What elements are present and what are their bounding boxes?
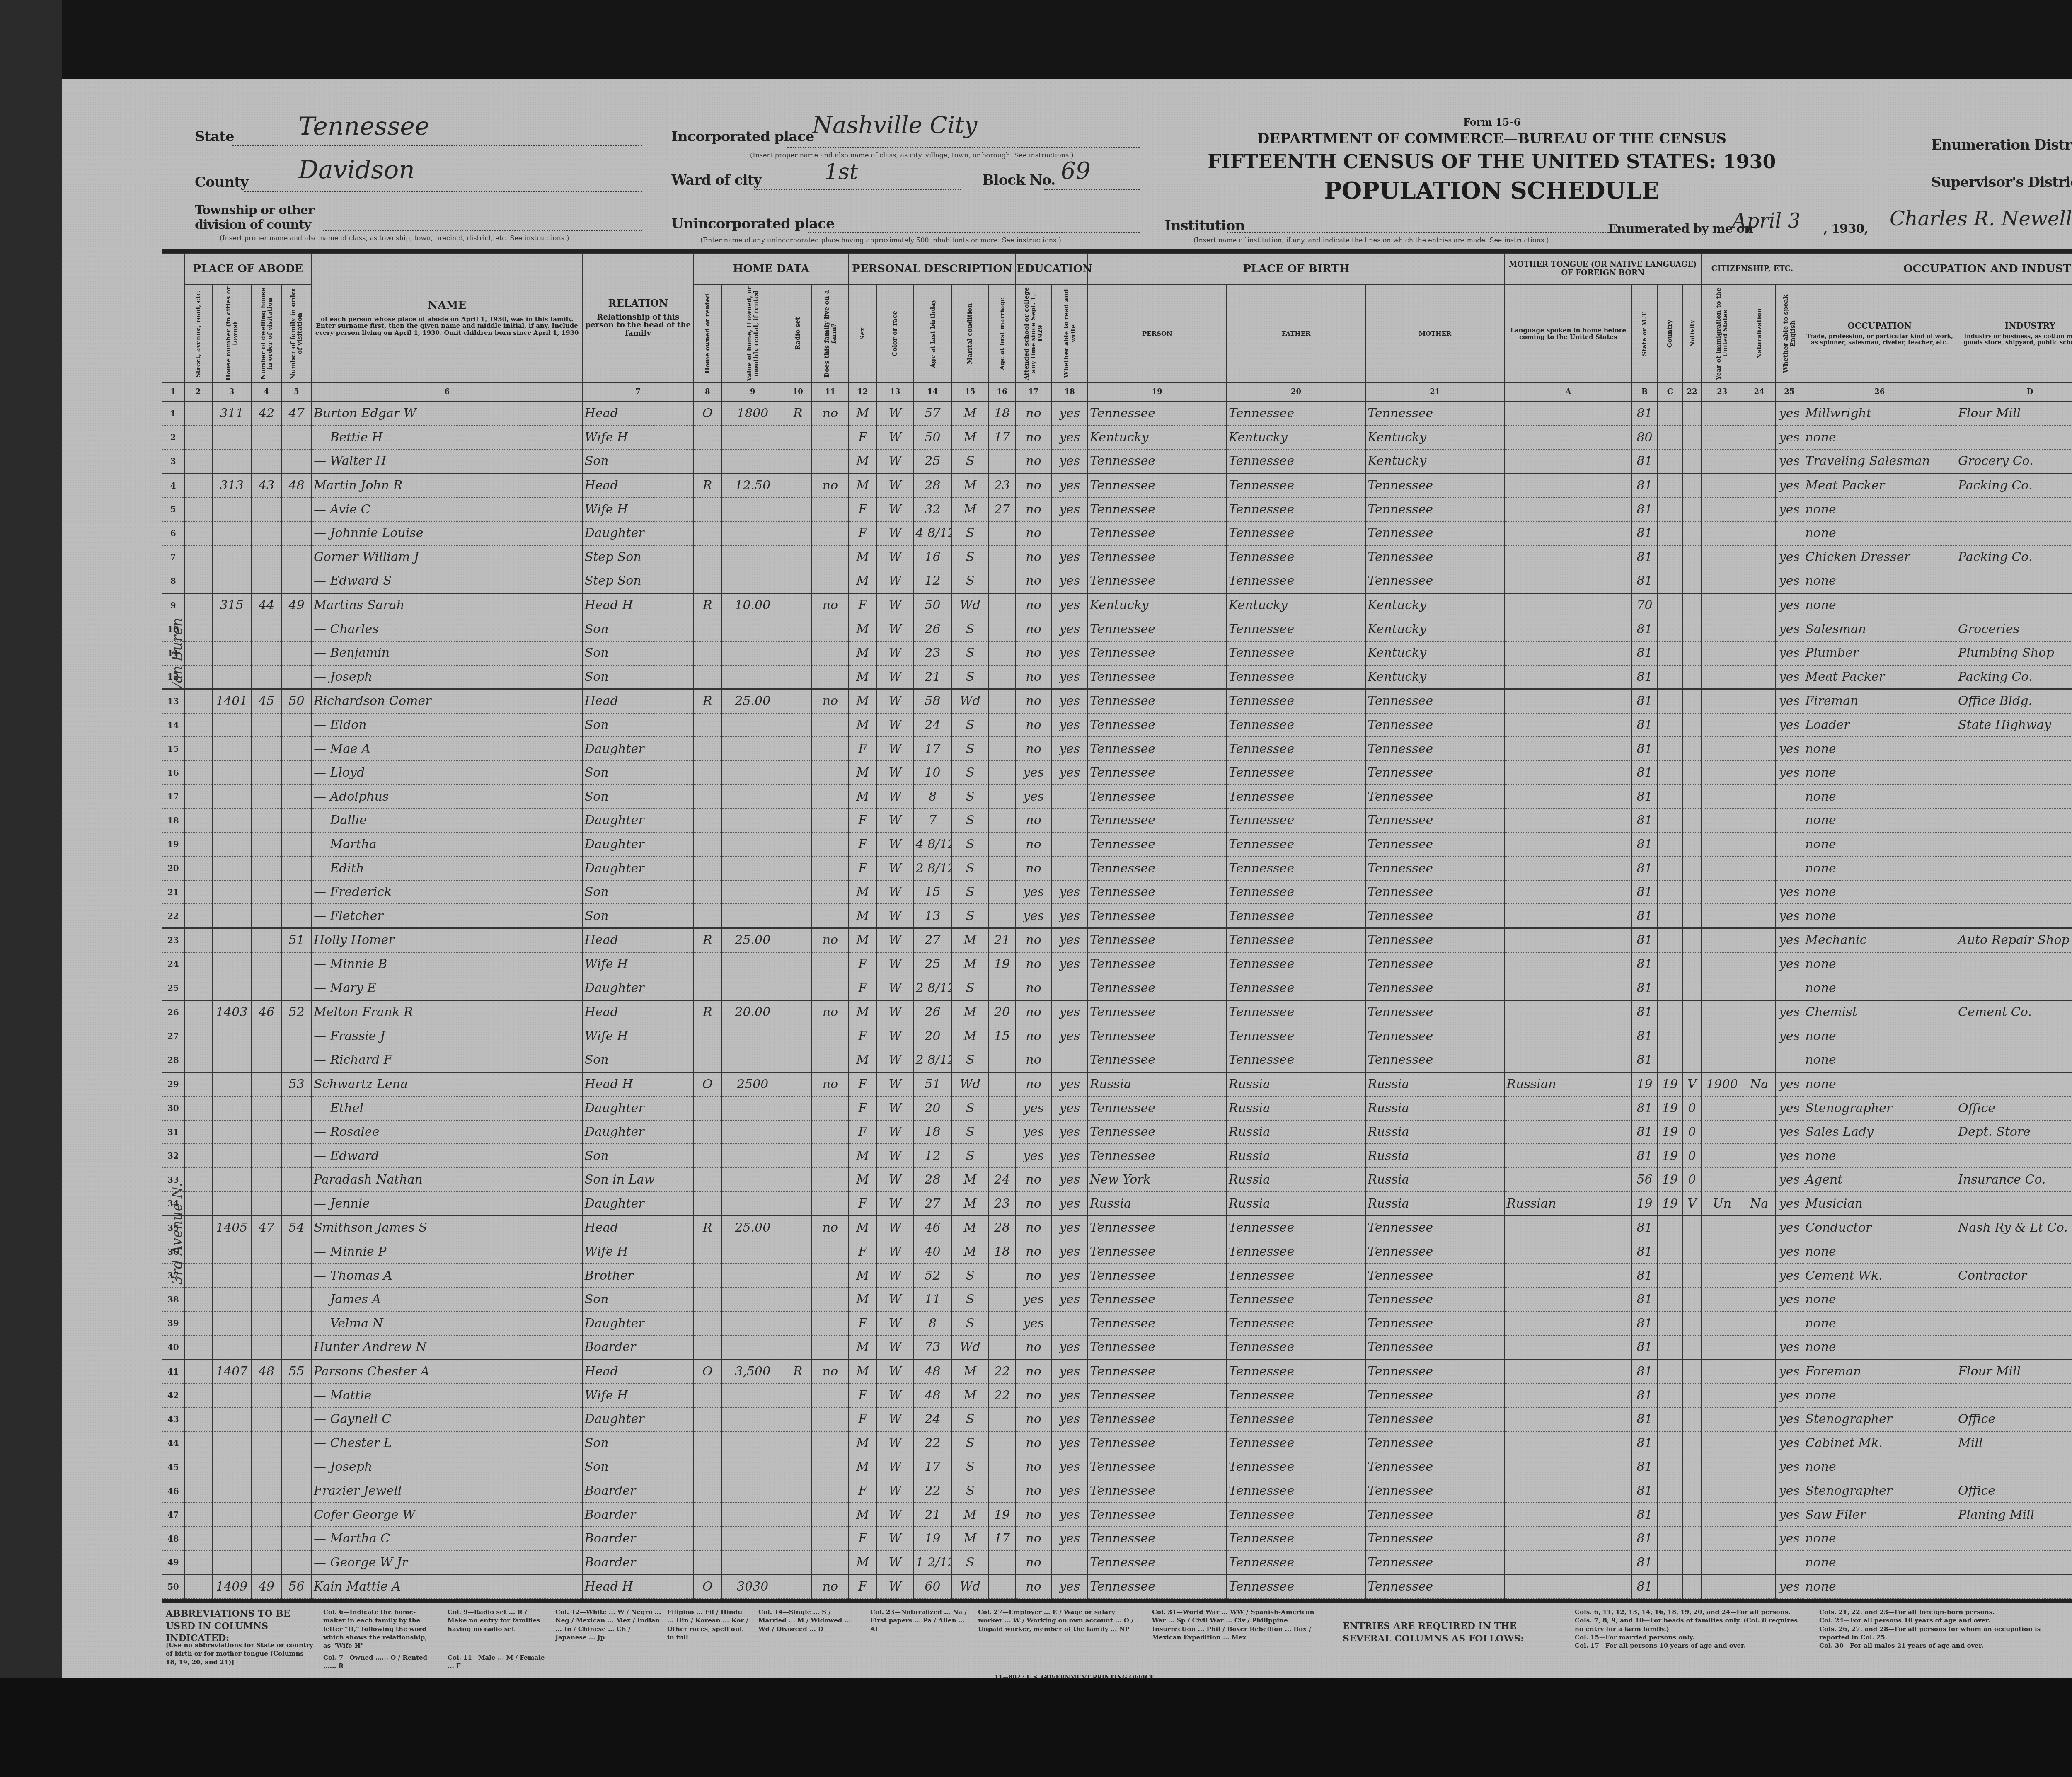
cell-sex: M [849,761,876,785]
cell-street [184,833,212,857]
cell-birth-father: Tennessee [1227,1000,1365,1024]
table-row: 14— EldonSonMW24SnoyesTennesseeTennessee… [162,713,2072,737]
cell-code-b [1657,1455,1682,1479]
cell-value [721,1096,784,1120]
cell-owned [694,1455,721,1479]
cell-code-a: 81 [1632,904,1657,928]
cell-code-a: 80 [1632,426,1657,450]
population-table: PLACE OF ABODE NAMEof each person whose … [162,249,2072,1603]
cell-industry: Planing Mill [1956,1503,2072,1527]
cell-street [184,402,212,426]
table-row: 93154449Martins SarahHead HR10.00noFW50W… [162,593,2072,617]
cell-naturalization [1743,1407,1775,1431]
cell-code-a: 81 [1632,713,1657,737]
cell-age: 20 [914,1024,952,1048]
cell-immigration [1701,689,1743,713]
cell-immigration [1701,402,1743,426]
cell-read: yes [1052,928,1088,952]
cell-industry: Groceries [1956,617,2072,641]
cell-english: yes [1775,665,1803,689]
cell-code-a: 81 [1632,928,1657,952]
cell-naturalization [1743,1048,1775,1072]
cell-birth-mother: Tennessee [1365,904,1504,928]
cell-value [721,809,784,833]
cell-code-c [1683,1455,1702,1479]
cell-occupation: Fireman [1803,689,1956,713]
cell-owned [694,1168,721,1192]
county-value: Davidson [298,155,415,184]
cell-age-marriage [989,521,1016,545]
cell-naturalization [1743,593,1775,617]
cell-age: 50 [914,426,952,450]
cell-sex: F [849,1527,876,1551]
block-value: 69 [1061,157,1090,184]
cell-birth-person: Tennessee [1088,1096,1227,1120]
cell-language [1504,856,1631,880]
cell-read: yes [1052,1288,1088,1312]
cell-owned [694,785,721,809]
cell-code-a: 81 [1632,880,1657,904]
cell-birth-person: Tennessee [1088,569,1227,593]
cell-read: yes [1052,1024,1088,1048]
film-border-bottom [0,1678,2072,1777]
cell-race: W [876,952,913,976]
cell-language [1504,402,1631,426]
cell-radio [784,952,812,976]
cell-code-a: 81 [1632,1431,1657,1455]
cell-race: W [876,880,913,904]
cell-code-b: 19 [1657,1192,1682,1216]
cell-age: 26 [914,617,952,641]
cell-owned [694,1192,721,1216]
cell-code-b [1657,1216,1682,1240]
cell-birth-mother: Tennessee [1365,1527,1504,1551]
cell-birth-father: Tennessee [1227,1264,1365,1288]
cell-read: yes [1052,1240,1088,1264]
cell-english: yes [1775,952,1803,976]
cell-school: no [1015,521,1051,545]
cell-radio [784,904,812,928]
cell-family [281,1527,312,1551]
cell-sex: M [849,1455,876,1479]
cell-birth-father: Tennessee [1227,569,1365,593]
ward-value: 1st [825,160,858,184]
cell-age-marriage [989,1120,1016,1144]
cell-birth-person: Tennessee [1088,809,1227,833]
cell-farm [812,1144,849,1168]
cell-read: yes [1052,1455,1088,1479]
cell-value [721,617,784,641]
cell-owned [694,856,721,880]
cell-language [1504,976,1631,1000]
cell-radio [784,1407,812,1431]
cell-code-c [1683,1359,1702,1383]
cell-dwelling [252,426,282,450]
cell-industry [1956,1144,2072,1168]
cell-street [184,1575,212,1599]
cell-sex: M [849,402,876,426]
sex-col-header: Sex [849,285,876,383]
cell-immigration [1701,521,1743,545]
cell-language [1504,1431,1631,1455]
cell-family [281,1288,312,1312]
cell-school: no [1015,1479,1051,1503]
name-header: NAMEof each person whose place of abode … [312,253,583,383]
abbrev-col6: Col. 6—Indicate the home-maker in each f… [323,1608,435,1650]
cell-line: 22 [162,904,184,928]
cell-age: 21 [914,1503,952,1527]
cell-radio [784,1335,812,1359]
cell-dwelling [252,1527,282,1551]
cell-immigration [1701,665,1743,689]
cell-birth-mother: Kentucky [1365,593,1504,617]
cell-name: — Walter H [312,449,583,473]
cell-code-a: 81 [1632,737,1657,761]
cell-naturalization [1743,904,1775,928]
cell-farm [812,449,849,473]
cell-farm [812,785,849,809]
cell-relation: Head [583,928,694,952]
cell-birth-mother: Tennessee [1365,1575,1504,1599]
cell-code-c: 0 [1683,1120,1702,1144]
cell-age-marriage [989,785,1016,809]
cell-sex: F [849,856,876,880]
cell-name: — Mary E [312,976,583,1000]
cell-industry [1956,833,2072,857]
cell-sex: F [849,593,876,617]
cell-birth-father: Tennessee [1227,1216,1365,1240]
cell-relation: Wife H [583,1240,694,1264]
cell-english: yes [1775,545,1803,569]
cell-age: 28 [914,1168,952,1192]
cell-code-a: 81 [1632,856,1657,880]
cell-relation: Boarder [583,1335,694,1359]
cell-age: 48 [914,1383,952,1407]
cell-farm [812,545,849,569]
cell-race: W [876,473,913,497]
cell-age-marriage: 22 [989,1359,1016,1383]
cell-value: 25.00 [721,928,784,952]
cell-read [1052,856,1088,880]
cell-marital: M [951,1192,988,1216]
cell-school: yes [1015,1120,1051,1144]
cell-farm [812,1383,849,1407]
cell-family [281,617,312,641]
cell-family [281,1455,312,1479]
cell-code-a: 81 [1632,785,1657,809]
cell-relation: Son [583,904,694,928]
cell-house [212,497,252,521]
cell-english: yes [1775,1096,1803,1120]
cell-code-b [1657,1503,1682,1527]
cell-english [1775,1312,1803,1336]
cell-industry [1956,1335,2072,1359]
cell-relation: Boarder [583,1527,694,1551]
cell-owned [694,617,721,641]
cell-name: Gorner William J [312,545,583,569]
cell-owned [694,1096,721,1120]
cell-name: Richardson Comer [312,689,583,713]
cell-street [184,1527,212,1551]
cell-family: 56 [281,1575,312,1599]
cell-immigration [1701,1407,1743,1431]
cell-birth-mother: Tennessee [1365,1312,1504,1336]
cell-dwelling [252,665,282,689]
cell-line: 36 [162,1240,184,1264]
cell-code-a: 81 [1632,1575,1657,1599]
cell-code-b [1657,426,1682,450]
cell-house [212,1240,252,1264]
cell-age-marriage [989,569,1016,593]
cell-naturalization [1743,665,1775,689]
cell-race: W [876,833,913,857]
cell-dwelling [252,521,282,545]
cell-english: yes [1775,1072,1803,1096]
cell-birth-mother: Tennessee [1365,1048,1504,1072]
cell-radio [784,1264,812,1288]
cell-industry [1956,1048,2072,1072]
cell-value [721,1335,784,1359]
cell-naturalization [1743,809,1775,833]
cell-marital: S [951,976,988,1000]
entries-6: Col. 24—For all persons 10 years of age … [1819,1616,2051,1624]
cell-street [184,521,212,545]
cell-read: yes [1052,473,1088,497]
cell-birth-mother: Tennessee [1365,785,1504,809]
cell-sex: M [849,1431,876,1455]
cell-language [1504,713,1631,737]
cell-race: W [876,1024,913,1048]
cell-naturalization [1743,1312,1775,1336]
cell-street [184,426,212,450]
abbrev-col23: Col. 23—Naturalized ... Na / First paper… [870,1608,970,1633]
cell-age: 46 [914,1216,952,1240]
cell-school: no [1015,689,1051,713]
cell-english: yes [1775,713,1803,737]
cell-age: 7 [914,809,952,833]
abbrev-col14: Col. 14—Single ... S / Married ... M / W… [758,1608,858,1633]
cell-age: 15 [914,880,952,904]
state-line [232,145,642,146]
cell-house: 1401 [212,689,252,713]
cell-code-c [1683,617,1702,641]
cell-owned: R [694,1000,721,1024]
cell-naturalization [1743,1575,1775,1599]
cell-relation: Daughter [583,833,694,857]
cell-read: yes [1052,1383,1088,1407]
cell-birth-person: Tennessee [1088,1024,1227,1048]
cell-english: yes [1775,1503,1803,1527]
column-number: 8 [694,383,721,402]
cell-radio [784,1551,812,1575]
cell-age: 21 [914,665,952,689]
cell-house: 311 [212,402,252,426]
cell-code-c [1683,713,1702,737]
cell-read: yes [1052,1216,1088,1240]
enumerated-date: April 3 [1732,209,1801,232]
cell-house: 1405 [212,1216,252,1240]
cell-immigration [1701,449,1743,473]
cell-house: 1403 [212,1000,252,1024]
table-row: 18— DallieDaughterFW7SnoTennesseeTenness… [162,809,2072,833]
cell-owned [694,1431,721,1455]
cell-dwelling: 43 [252,473,282,497]
cell-birth-person: Tennessee [1088,1144,1227,1168]
cell-birth-mother: Tennessee [1365,1359,1504,1383]
cell-street [184,617,212,641]
cell-age-marriage [989,904,1016,928]
cell-family [281,737,312,761]
cell-read: yes [1052,617,1088,641]
cell-value [721,1120,784,1144]
relation-header-note: Relationship of this person to the head … [584,313,692,338]
cell-relation: Son [583,880,694,904]
cell-language [1504,952,1631,976]
cell-read: yes [1052,952,1088,976]
cell-marital: M [951,1240,988,1264]
cell-occupation: Stenographer [1803,1407,1956,1431]
cell-age-marriage: 18 [989,402,1016,426]
cell-code-b [1657,952,1682,976]
cell-name: Martins Sarah [312,593,583,617]
cell-naturalization [1743,1479,1775,1503]
cell-code-c [1683,952,1702,976]
cell-age: 25 [914,952,952,976]
cell-family [281,1407,312,1431]
cell-house: 1409 [212,1575,252,1599]
cell-school: no [1015,1048,1051,1072]
cell-school: yes [1015,1096,1051,1120]
cell-english: yes [1775,1335,1803,1359]
cell-sex: F [849,1192,876,1216]
cell-race: W [876,1048,913,1072]
cell-school: no [1015,976,1051,1000]
cell-owned [694,809,721,833]
cell-name: — Jennie [312,1192,583,1216]
cell-radio [784,928,812,952]
cell-sex: M [849,1216,876,1240]
cell-code-c [1683,1240,1702,1264]
cell-english [1775,521,1803,545]
cell-code-b [1657,1000,1682,1024]
cell-code-b [1657,737,1682,761]
cell-language [1504,497,1631,521]
cell-read: yes [1052,593,1088,617]
cell-code-a: 81 [1632,1312,1657,1336]
cell-marital: S [951,1048,988,1072]
cell-line: 46 [162,1479,184,1503]
cell-code-c [1683,497,1702,521]
cell-age: 48 [914,1359,952,1383]
cell-birth-person: Tennessee [1088,880,1227,904]
table-row: 15— Mae ADaughterFW17SnoyesTennesseeTenn… [162,737,2072,761]
cell-value: 1800 [721,402,784,426]
cell-birth-mother: Tennessee [1365,976,1504,1000]
cell-house [212,1527,252,1551]
cell-read: yes [1052,713,1088,737]
house-col-header: House number (in cities or towns) [212,285,252,383]
cell-language [1504,1264,1631,1288]
cell-farm [812,617,849,641]
cell-industry: Flour Mill [1956,402,2072,426]
cell-language [1504,426,1631,450]
column-number: 22 [1683,383,1702,402]
cell-street [184,689,212,713]
cell-dwelling: 48 [252,1359,282,1383]
cell-code-a: 81 [1632,521,1657,545]
table-row: 30— EthelDaughterFW20SyesyesTennesseeRus… [162,1096,2072,1120]
cell-school: no [1015,1527,1051,1551]
cell-industry [1956,1288,2072,1312]
cell-name: — Velma N [312,1312,583,1336]
cell-street [184,1335,212,1359]
cell-school: no [1015,1503,1051,1527]
cell-birth-person: Tennessee [1088,1479,1227,1503]
cell-owned: O [694,1359,721,1383]
cell-occupation: none [1803,1455,1956,1479]
cell-language [1504,593,1631,617]
abbrev-col11: Col. 11—Male ... M / Female ... F [448,1654,547,1670]
column-number: 15 [951,383,988,402]
citizenship-header: CITIZENSHIP, ETC. [1701,253,1803,285]
cell-race: W [876,449,913,473]
cell-naturalization [1743,473,1775,497]
cell-radio [784,1503,812,1527]
code-b-col-header: Country [1657,285,1682,383]
cell-age-marriage [989,1096,1016,1120]
cell-occupation: Plumber [1803,641,1956,665]
cell-birth-father: Tennessee [1227,1551,1365,1575]
cell-read: yes [1052,689,1088,713]
cell-birth-father: Tennessee [1227,1048,1365,1072]
cell-dwelling [252,1479,282,1503]
cell-school: no [1015,449,1051,473]
cell-sex: F [849,737,876,761]
cell-immigration [1701,1000,1743,1024]
cell-farm [812,1048,849,1072]
cell-birth-person: New York [1088,1168,1227,1192]
cell-farm: no [812,473,849,497]
incorporated-value: Nashville City [812,112,977,139]
cell-age-marriage [989,809,1016,833]
cell-farm [812,1455,849,1479]
table-row: 34— JennieDaughterFW27M23noyesRussiaRuss… [162,1192,2072,1216]
cell-school: no [1015,737,1051,761]
cell-race: W [876,976,913,1000]
cell-birth-mother: Tennessee [1365,713,1504,737]
cell-read: yes [1052,449,1088,473]
cell-relation: Wife H [583,426,694,450]
cell-birth-mother: Tennessee [1365,1335,1504,1359]
cell-code-a: 81 [1632,449,1657,473]
entries-title: ENTRIES ARE REQUIRED IN THE SEVERAL COLU… [1343,1620,1550,1645]
cell-language [1504,1000,1631,1024]
cell-birth-father: Tennessee [1227,665,1365,689]
cell-dwelling [252,976,282,1000]
cell-school: no [1015,1216,1051,1240]
cell-school: no [1015,809,1051,833]
cell-race: W [876,1503,913,1527]
cell-industry [1956,497,2072,521]
cell-age: 17 [914,1455,952,1479]
cell-name: — Charles [312,617,583,641]
cell-language [1504,904,1631,928]
cell-birth-person: Tennessee [1088,785,1227,809]
cell-school: no [1015,593,1051,617]
cell-english: yes [1775,1407,1803,1431]
cell-line: 29 [162,1072,184,1096]
cell-birth-father: Tennessee [1227,1240,1365,1264]
